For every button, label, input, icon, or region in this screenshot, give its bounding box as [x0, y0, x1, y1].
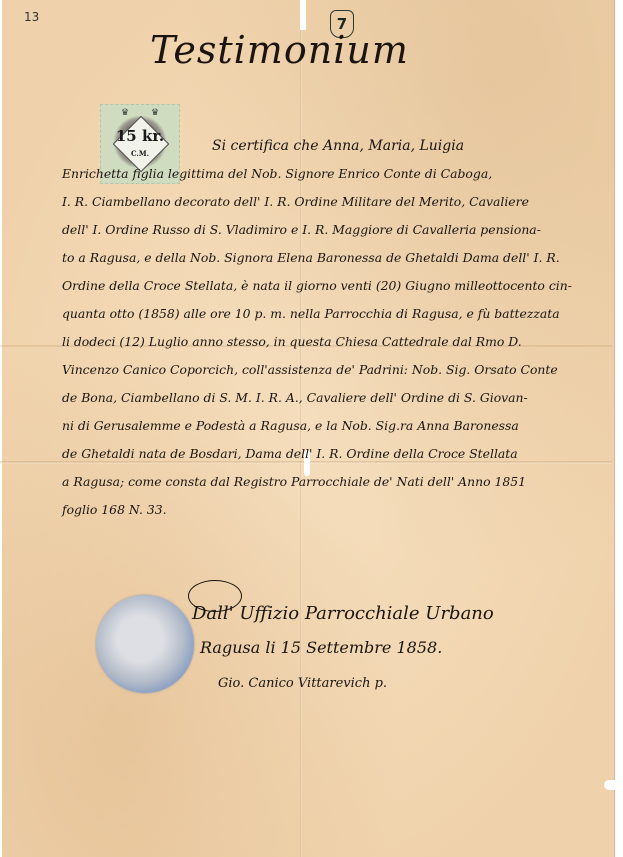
body-line: de Ghetaldi nata de Bosdari, Dama dell' …	[62, 446, 518, 461]
page-number: 13	[24, 10, 39, 24]
place-and-date: Ragusa li 15 Settembre 1858.	[200, 638, 442, 657]
edge-tear	[604, 780, 623, 790]
stamp-unit: C.M.	[101, 149, 179, 158]
body-line: I. R. Ciambellano decorato dell' I. R. O…	[62, 194, 529, 209]
crown-icon: ♛	[151, 108, 159, 118]
body-line: Enrichetta figlia legittima del Nob. Sig…	[62, 166, 492, 181]
issuing-office: Dall' Uffizio Parrocchiale Urbano	[192, 603, 494, 624]
parish-seal-icon	[96, 595, 194, 693]
body-line: Vincenzo Canico Coporcich, coll'assisten…	[62, 362, 558, 377]
top-tear	[300, 0, 306, 30]
stamp-value: 15 kr.	[101, 127, 179, 145]
body-line: foglio 168 N. 33.	[62, 502, 167, 517]
signature: Gio. Canico Vittarevich p.	[218, 676, 387, 691]
document-title: Testimonium	[150, 28, 410, 72]
body-line: dell' I. Ordine Russo di S. Vladimiro e …	[62, 222, 541, 237]
body-line: de Bona, Ciambellano di S. M. I. R. A., …	[62, 390, 528, 405]
body-line: to a Ragusa, e della Nob. Signora Elena …	[62, 250, 560, 265]
body-line: ni di Gerusalemme e Podestà a Ragusa, e …	[62, 418, 519, 433]
crown-icon: ♛	[121, 108, 129, 118]
body-line: Ordine della Croce Stellata, è nata il g…	[62, 278, 572, 293]
body-line: a Ragusa; come consta dal Registro Parro…	[62, 474, 526, 489]
body-line: quanta otto (1858) alle ore 10 p. m. nel…	[62, 306, 560, 321]
body-line: Si certifica che Anna, Maria, Luigia	[212, 138, 464, 154]
body-line: li dodeci (12) Luglio anno stesso, in qu…	[62, 334, 522, 349]
